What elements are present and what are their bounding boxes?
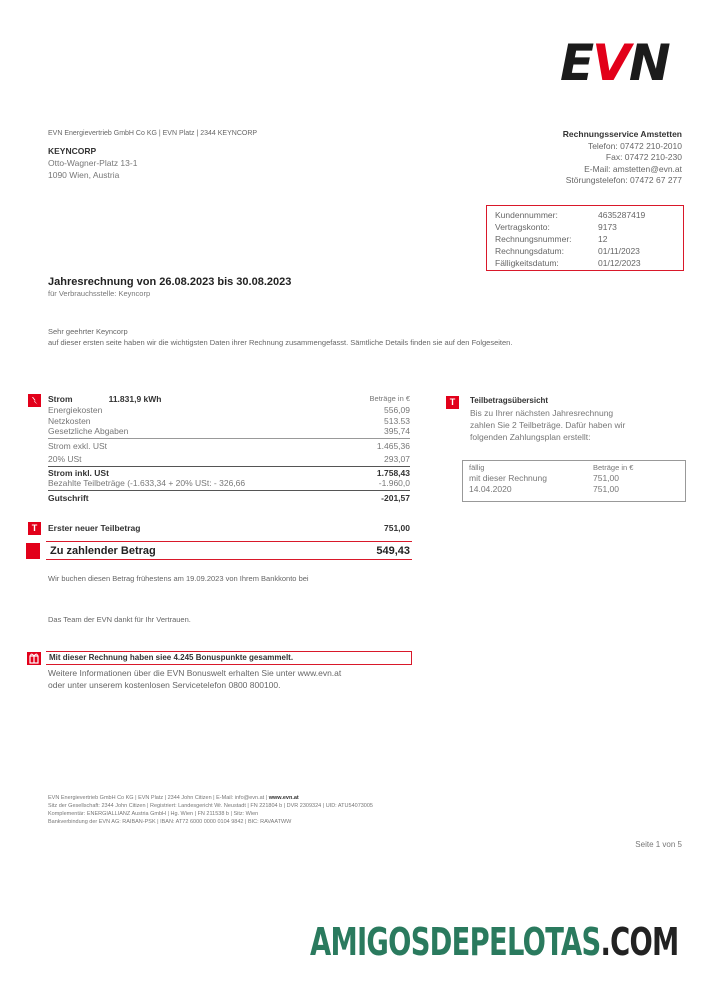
net-row: Strom exkl. USt1.465,36	[48, 438, 410, 452]
lightning-icon	[28, 394, 41, 407]
info-label: Fälligkeitsdatum:	[495, 257, 598, 269]
installments-text: Bis zu Ihrer nächsten Jahresrechnung	[470, 407, 690, 419]
info-label: Rechnungsdatum:	[495, 245, 598, 257]
watermark-tld: .COM	[600, 920, 678, 964]
installments-icon: T	[446, 396, 459, 409]
evn-logo: EVN	[560, 38, 669, 88]
plan-due: mit dieser Rechnung	[469, 473, 593, 484]
footer-line: EVN Energievertrieb GmbH Co KG | EVN Pla…	[48, 795, 269, 801]
bill-row-value: 556,09	[384, 405, 410, 416]
bill-label: Strom	[48, 394, 73, 404]
footer-line: Bankverbindung der EVN AG: RAIBAN-PSK | …	[48, 818, 373, 826]
thanks-note: Das Team der EVN dankt für Ihr Vertrauen…	[48, 615, 191, 624]
payment-plan-header: fälligBeträge in €	[469, 462, 679, 473]
payable-label: Zu zahlender Betrag	[50, 545, 156, 557]
credit-row: Gutschrift-201,57	[48, 490, 410, 504]
net-value: 1.465,36	[377, 440, 410, 452]
logo-letter-v: V	[592, 34, 629, 92]
info-label: Kundennummer:	[495, 209, 598, 221]
watermark: AMIGOSDEPELOTAS.COM	[310, 918, 679, 966]
first-installment-label: Erster neuer Teilbetrag	[48, 523, 140, 533]
bill-row-label: Netzkosten	[48, 416, 91, 427]
service-fault-phone: Störungstelefon: 07472 67 277	[563, 175, 682, 187]
legal-footer: EVN Energievertrieb GmbH Co KG | EVN Pla…	[48, 794, 373, 826]
info-value: 9173	[598, 221, 617, 233]
payment-plan-table: fälligBeträge in € mit dieser Rechnung75…	[462, 460, 686, 502]
bill-row-label: Gesetzliche Abgaben	[48, 426, 128, 438]
info-value: 01/12/2023	[598, 257, 641, 269]
recipient-city: 1090 Wien, Austria	[48, 169, 137, 181]
gift-icon	[27, 652, 41, 665]
service-contact: Rechnungsservice Amstetten Telefon: 0747…	[563, 129, 682, 187]
info-label: Rechnungsnummer:	[495, 233, 598, 245]
bill-row: Netzkosten513.53	[48, 416, 410, 427]
bill-row-label: Energiekosten	[48, 405, 102, 416]
plan-amount: 751,00	[593, 473, 619, 484]
logo-letter-n: N	[629, 34, 669, 92]
payable-marker	[26, 543, 40, 559]
payable-value: 549,43	[376, 545, 410, 557]
bill-table: Strom11.831,9 kWh Beträge in € Energieko…	[48, 393, 410, 504]
gross-label: Strom inkl. USt	[48, 468, 109, 478]
installments-text: folgenden Zahlungsplan erstellt:	[470, 431, 690, 443]
salutation: Sehr geehrter Keyncorp	[48, 326, 648, 337]
bill-row: Energiekosten556,09	[48, 405, 410, 416]
info-label: Vertragskonto:	[495, 221, 598, 233]
bonus-info-line: Weitere Informationen über die EVN Bonus…	[48, 667, 418, 679]
bonus-row: Mit dieser Rechnung haben siee 4.245 Bon…	[46, 651, 412, 665]
bill-header-row: Strom11.831,9 kWh Beträge in €	[48, 393, 410, 405]
greeting-text: auf dieser ersten seite haben wir die wi…	[48, 337, 648, 348]
info-row: Vertragskonto:9173	[495, 221, 675, 233]
installments-title: Teilbetragsübersicht	[470, 395, 690, 407]
debit-note: Wir buchen diesen Betrag frühestens am 1…	[48, 574, 309, 583]
col-amount: Beträge in €	[593, 462, 633, 473]
vat-value: 293,07	[384, 452, 410, 466]
bill-row-value: 395,74	[384, 426, 410, 438]
bill-row-value: 513.53	[384, 416, 410, 427]
installments-text: zahlen Sie 2 Teilbeträge. Dafür haben wi…	[470, 419, 690, 431]
bill-row: Gesetzliche Abgaben395,74	[48, 426, 410, 438]
payable-row: Zu zahlender Betrag 549,43	[46, 541, 412, 560]
watermark-main: AMIGOSDEPELOTAS	[310, 920, 600, 964]
credit-label: Gutschrift	[48, 492, 89, 504]
invoice-title: Jahresrechnung von 26.08.2023 bis 30.08.…	[48, 276, 291, 298]
consumption: 11.831,9 kWh	[109, 393, 162, 405]
paid-label: Bezahlte Teilbeträge (-1.633,34 + 20% US…	[48, 478, 245, 490]
service-email: E-Mail: amstetten@evn.at	[563, 164, 682, 176]
amount-header: Beträge in €	[370, 393, 410, 405]
credit-value: -201,57	[381, 492, 410, 504]
info-row: Rechnungsdatum:01/11/2023	[495, 245, 675, 257]
sender-line: EVN Energievertrieb GmbH Co KG | EVN Pla…	[48, 130, 257, 137]
gross-value: 1.758,43	[377, 468, 410, 478]
service-title: Rechnungsservice Amstetten	[563, 129, 682, 141]
logo-letter-e: E	[560, 34, 592, 92]
service-fax: Fax: 07472 210-230	[563, 152, 682, 164]
payment-plan-row: mit dieser Rechnung751,00	[469, 473, 679, 484]
recipient-street: Otto-Wagner-Platz 13-1	[48, 157, 137, 169]
first-installment-row: Erster neuer Teilbetrag 751,00	[48, 523, 410, 533]
plan-amount: 751,00	[593, 484, 619, 495]
greeting: Sehr geehrter Keyncorp auf dieser ersten…	[48, 326, 648, 348]
recipient-name: KEYNCORP	[48, 145, 137, 157]
paid-value: -1.960,0	[379, 478, 410, 490]
payment-plan-row: 14.04.2020751,00	[469, 484, 679, 495]
bonus-info: Weitere Informationen über die EVN Bonus…	[48, 667, 418, 691]
paid-row: Bezahlte Teilbeträge (-1.633,34 + 20% US…	[48, 478, 410, 490]
first-installment-value: 751,00	[384, 523, 410, 533]
invoice-heading: Jahresrechnung von 26.08.2023 bis 30.08.…	[48, 276, 291, 288]
footer-line: Sitz der Gesellschaft: 2344 John Citizen…	[48, 802, 373, 810]
bonus-info-line: oder unter unserem kostenlosen Servicete…	[48, 679, 418, 691]
net-label: Strom exkl. USt	[48, 440, 107, 452]
plan-due: 14.04.2020	[469, 484, 593, 495]
installment-icon: T	[28, 522, 41, 535]
invoice-subheading: für Verbrauchsstelle: Keyncorp	[48, 289, 291, 298]
installments-overview: Teilbetragsübersicht Bis zu Ihrer nächst…	[470, 395, 690, 443]
col-due: fällig	[469, 462, 593, 473]
gross-row: Strom inkl. USt1.758,43	[48, 466, 410, 478]
page-number: Seite 1 von 5	[635, 840, 682, 849]
info-row: Rechnungsnummer:12	[495, 233, 675, 245]
info-value: 01/11/2023	[598, 245, 640, 257]
info-row: Fälligkeitsdatum:01/12/2023	[495, 257, 675, 269]
recipient-address: KEYNCORP Otto-Wagner-Platz 13-1 1090 Wie…	[48, 145, 137, 181]
info-value: 4635287419	[598, 209, 645, 221]
invoice-info-box: Kundennummer:4635287419 Vertragskonto:91…	[486, 205, 684, 271]
footer-line: Komplementär: ENERGIALLIANZ Austria GmbH…	[48, 810, 373, 818]
vat-label: 20% USt	[48, 452, 82, 466]
vat-row: 20% USt293,07	[48, 452, 410, 466]
footer-website-link[interactable]: www.evn.at	[269, 795, 299, 801]
info-row: Kundennummer:4635287419	[495, 209, 675, 221]
info-value: 12	[598, 233, 607, 245]
service-phone: Telefon: 07472 210-2010	[563, 141, 682, 153]
